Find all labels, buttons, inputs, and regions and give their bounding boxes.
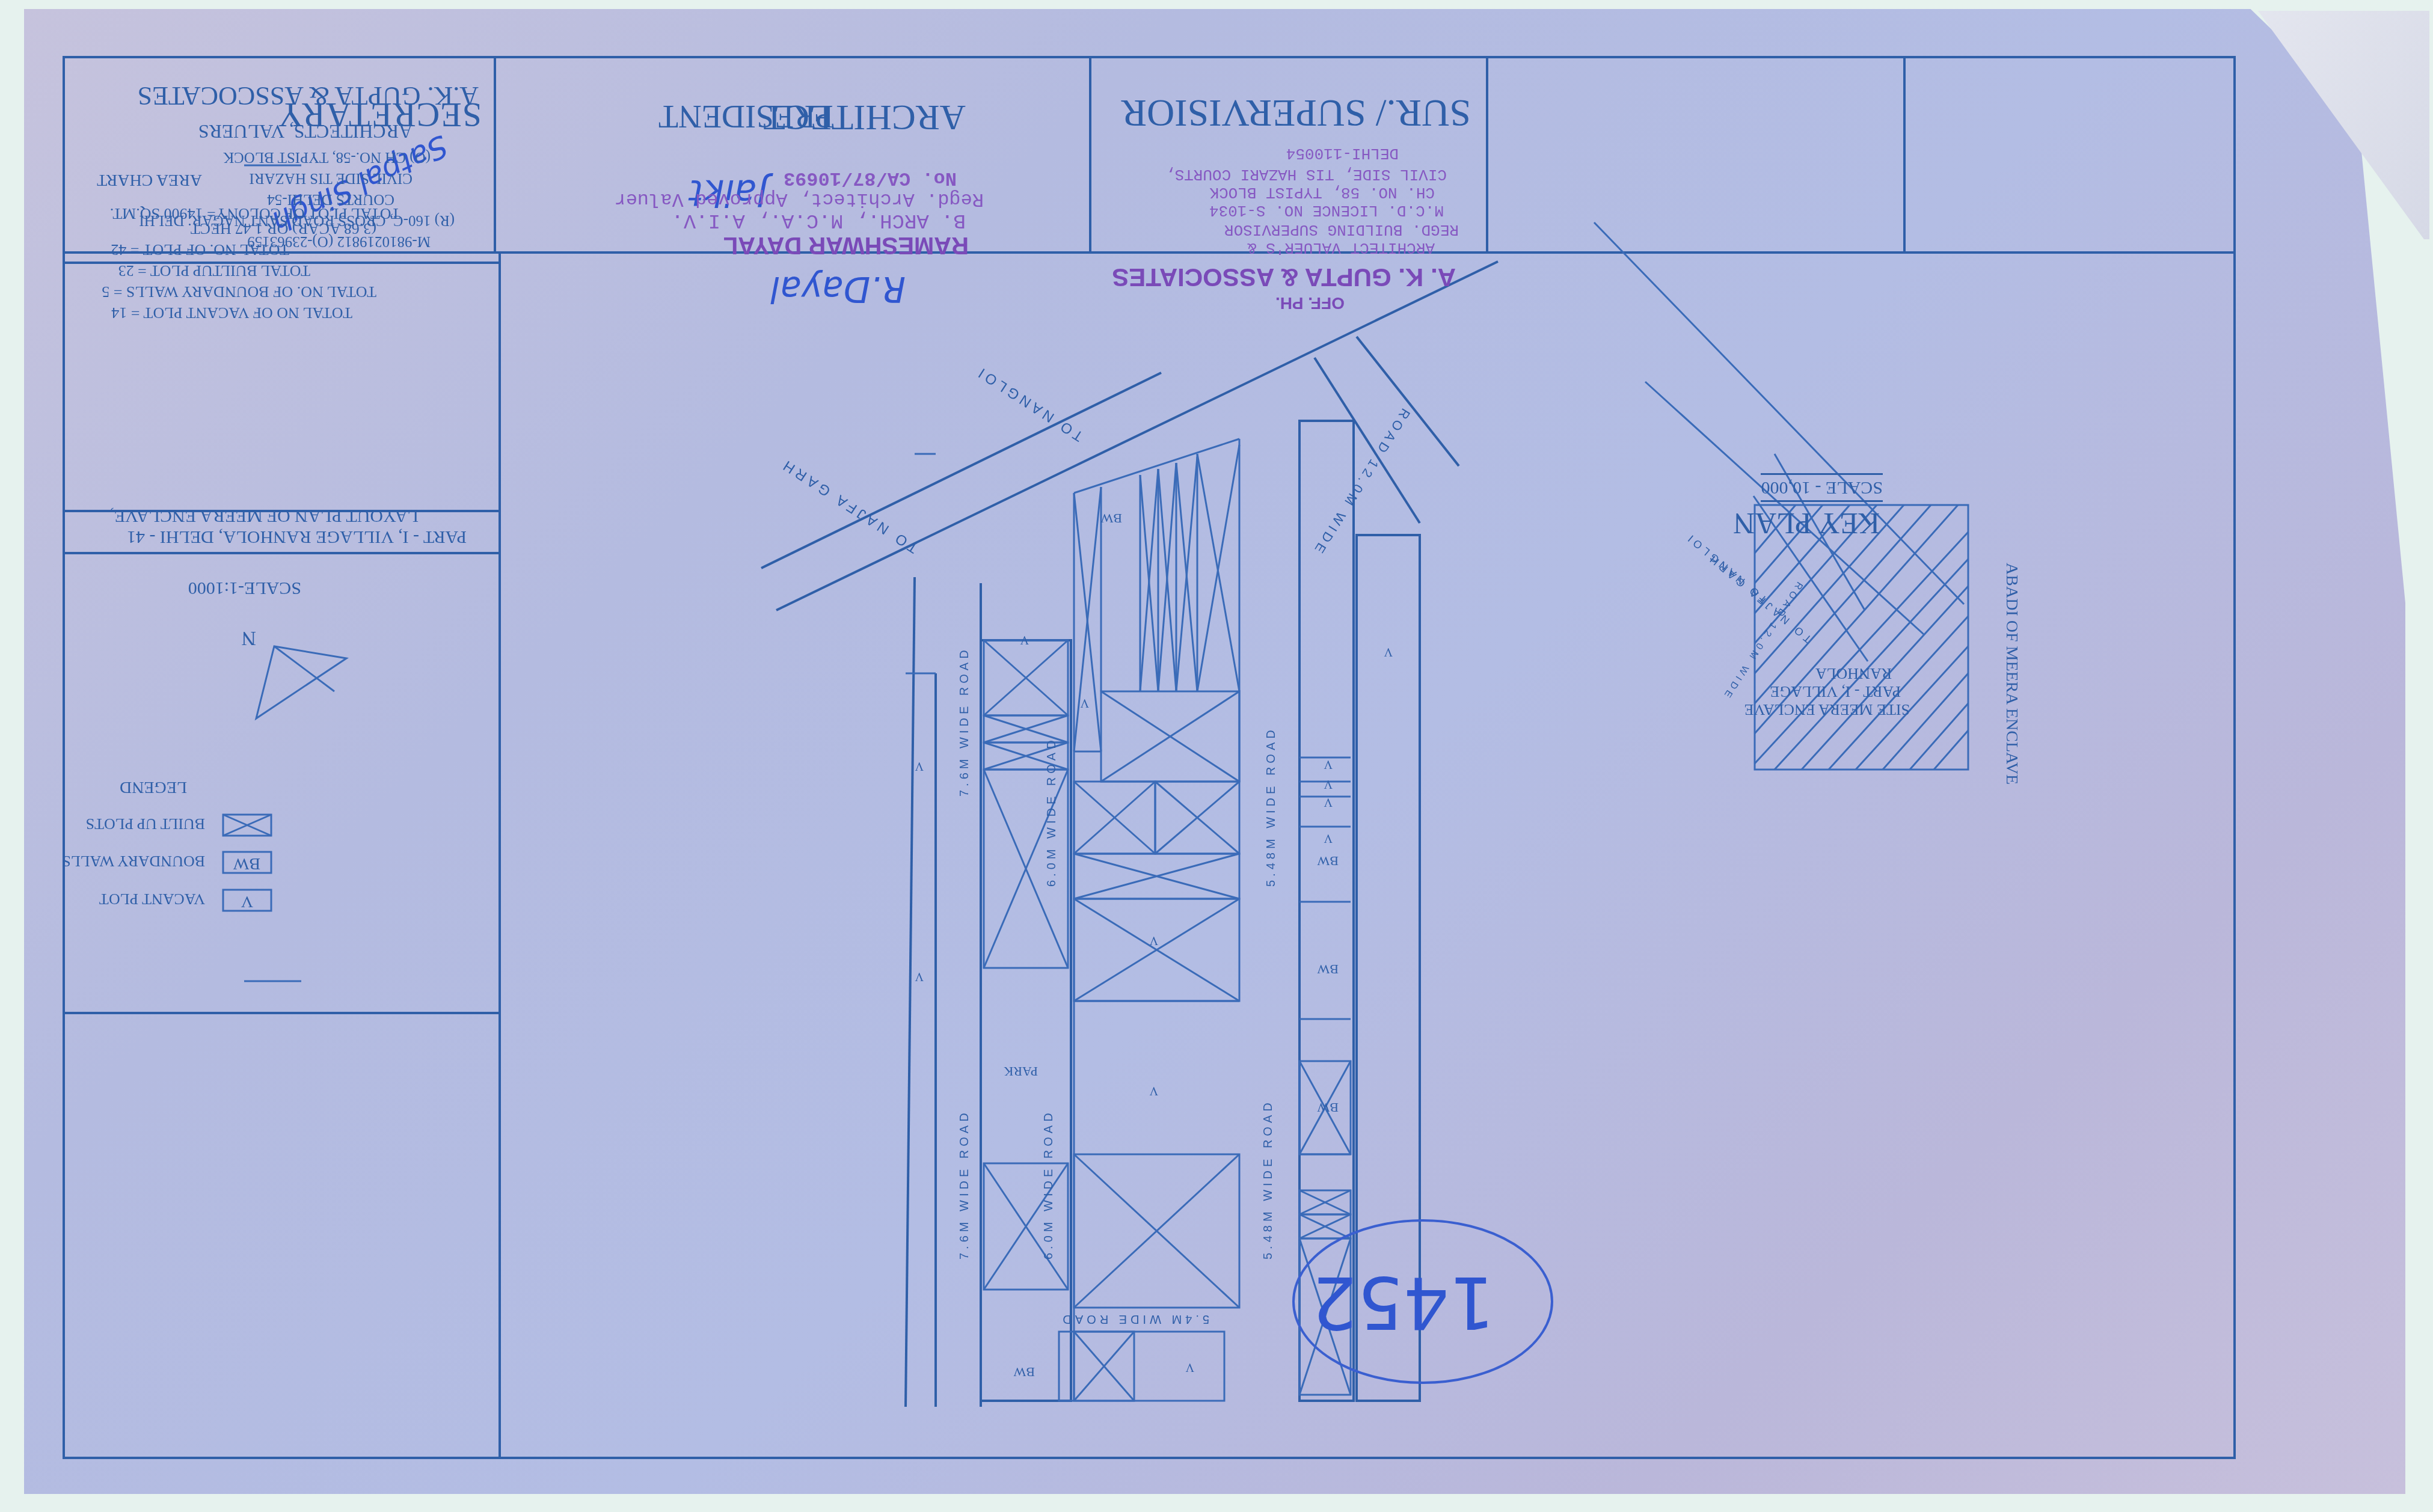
layout-title-1: LAYOUT PLAN OF MEERA ENCLAVE, xyxy=(109,506,419,526)
abadi-label: ABADI OF MEERA ENCLAVE xyxy=(2002,563,2021,785)
key-plan-title: KEY PLAN xyxy=(1733,506,1880,541)
architect-signature: R.Dayal xyxy=(770,269,906,310)
supervisor-stamp-name: A. K. GUPTA & ASSOCIATES xyxy=(1112,263,1456,292)
legend-built-up: BUILT UP PLOTS xyxy=(86,815,205,833)
north-arrow xyxy=(256,646,346,718)
layout-title-2: PART - I, VILLAGE RANHOLA, DELHI - 41 xyxy=(127,527,467,547)
legend-heading: LEGEND xyxy=(120,777,187,797)
handwritten-file-number: 1452 xyxy=(1312,1260,1495,1344)
main-plan-plots xyxy=(906,439,1351,1401)
architect-label: ARCHITECT xyxy=(763,97,966,138)
north-label: N xyxy=(241,626,256,649)
legend-vacant: VACANT PLOT xyxy=(99,890,205,908)
architect-stamp-name: RAMESHWAR DAYAL xyxy=(723,231,969,259)
legend-boundary: BOUNDARY WALLS xyxy=(62,852,205,870)
drawing-sheet: SECRETARY Satpal Singh PRESIDENT Jaikt S… xyxy=(0,0,2433,1512)
supervisor-label: SUR./ SUPERVISIOR xyxy=(1121,91,1471,135)
area-chart-heading: AREA CHART xyxy=(97,170,202,189)
firm-name: A.K. GUPTA & ASSCOCATES xyxy=(138,81,479,111)
scale-label: SCALE-1:1000 xyxy=(188,578,301,598)
key-plan-scale: SCALE - 10,000 xyxy=(1761,473,1883,502)
